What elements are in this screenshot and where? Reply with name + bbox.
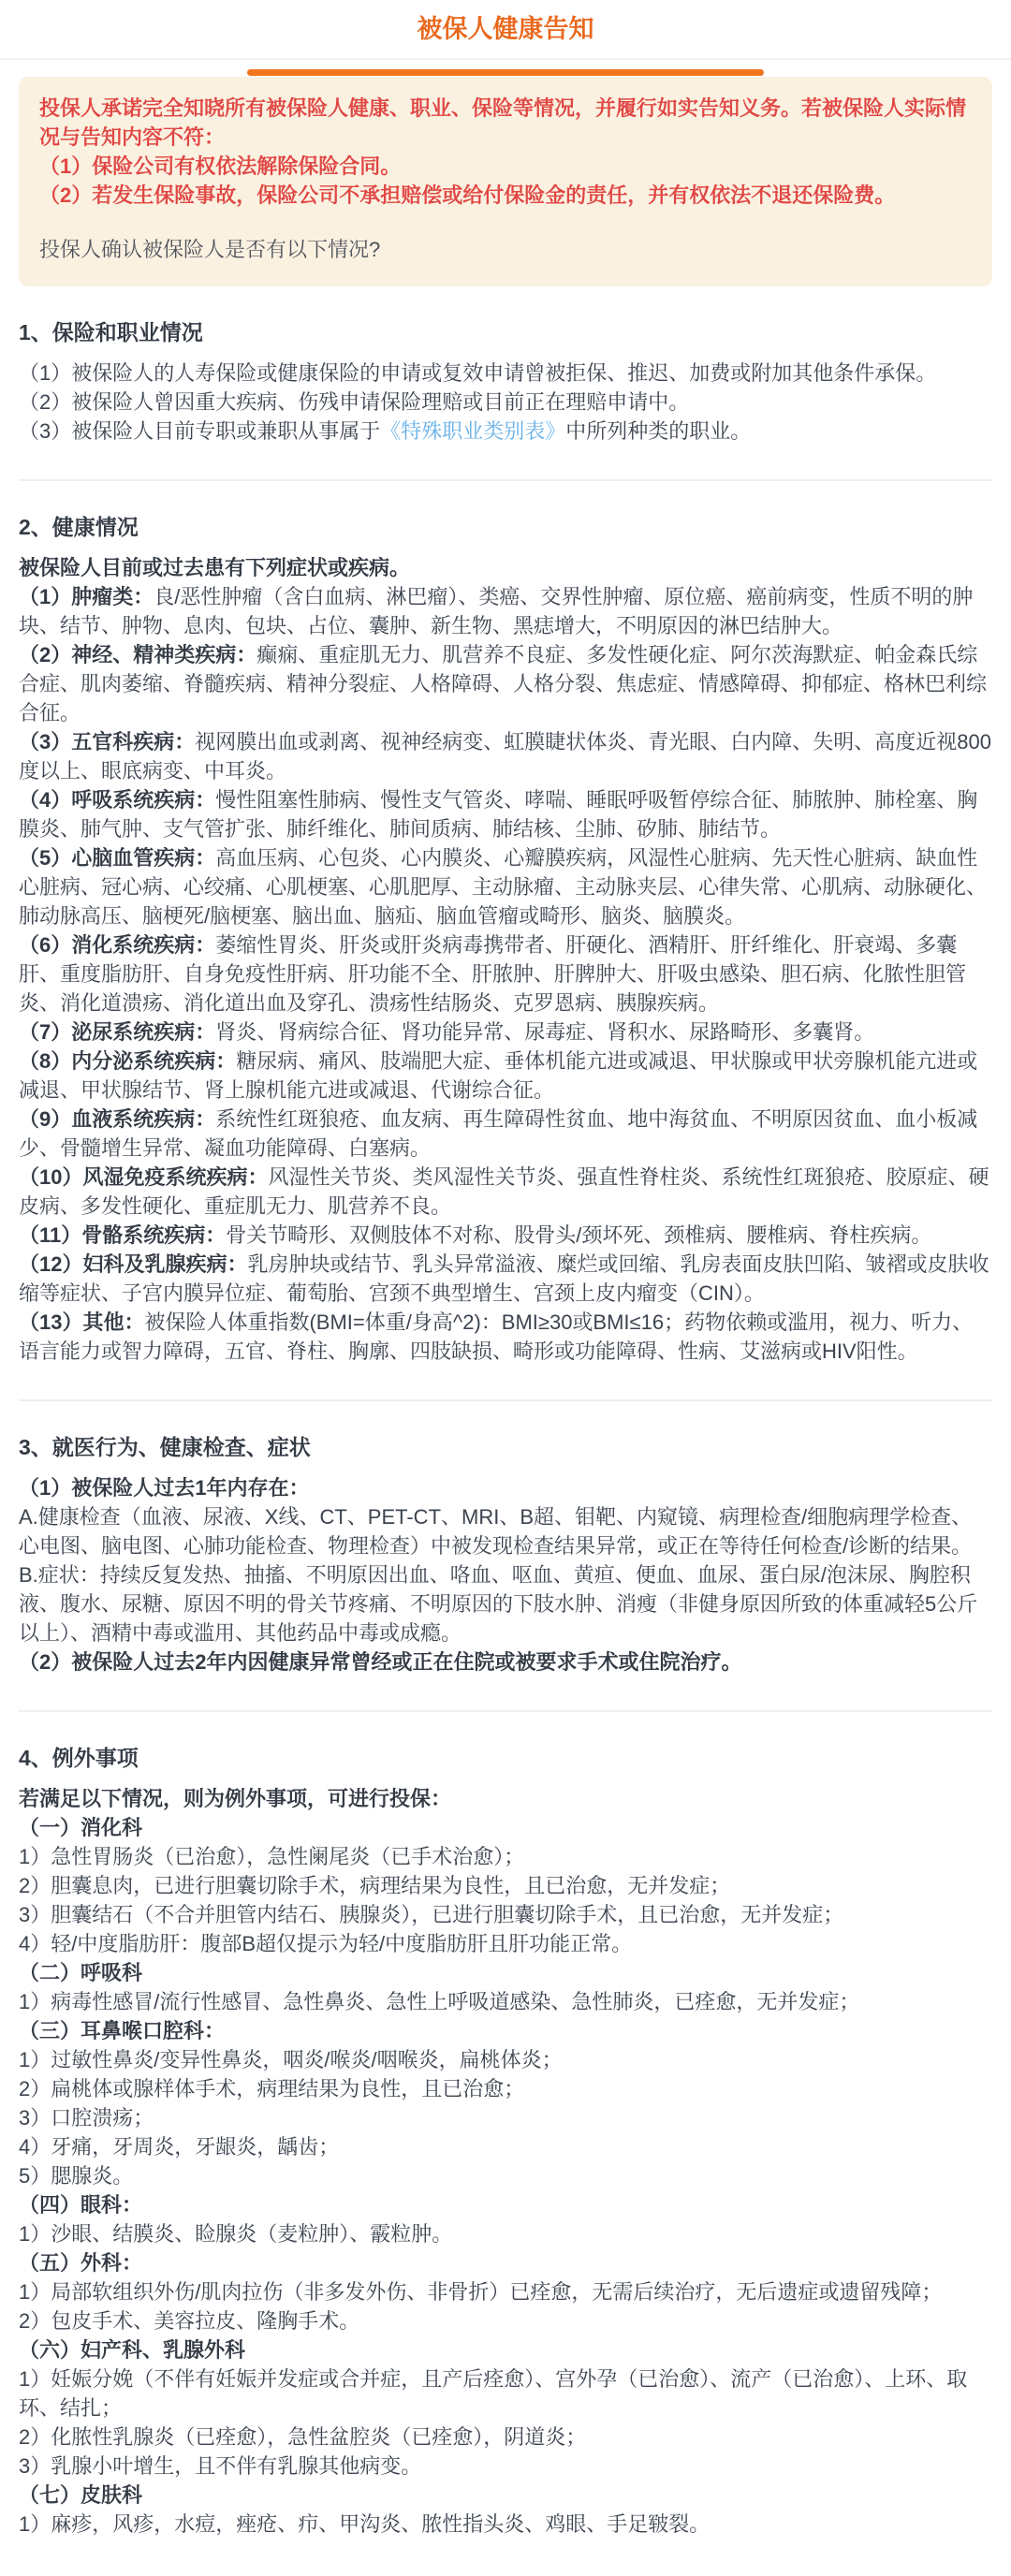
paragraph-label: （12）妇科及乳腺疾病：: [19, 1252, 247, 1276]
group-heading: （一）消化科: [19, 1813, 992, 1842]
notice-question: 投保人确认被保险人是否有以下情况?: [39, 235, 972, 264]
section-4-intro: 若满足以下情况，则为例外事项，可进行投保：: [19, 1784, 992, 1813]
paragraph-label: （3）五官科疾病：: [19, 730, 195, 754]
notice-consequence-1: （1）保险公司有权依法解除保险合同。: [39, 152, 972, 181]
paragraph: B.症状：持续反复发热、抽搐、不明原因出血、咯血、呕血、黄疸、便血、血尿、蛋白尿…: [19, 1560, 992, 1647]
list-item: 4）轻/中度脂肪肝：腹部B超仅提示为轻/中度脂肪肝且肝功能正常。: [19, 1929, 992, 1958]
paragraph: （5）心脑血管疾病：高血压病、心包炎、心内膜炎、心瓣膜疾病，风湿性心脏病、先天性…: [19, 843, 992, 930]
page-header: 被保人健康告知: [0, 0, 1011, 60]
section-3-title: 3、就医行为、健康检查、症状: [19, 1433, 992, 1462]
sections-container: 1、保险和职业情况（1）被保险人的人寿保险或健康保险的申请或复效申请曾被拒保、推…: [0, 318, 1011, 2576]
section-1-title: 1、保险和职业情况: [19, 318, 992, 347]
tab-active-indicator: [247, 69, 764, 76]
list-item: 3）乳腺小叶增生，且不伴有乳腺其他病变。: [19, 2452, 992, 2481]
section-2-title: 2、健康情况: [19, 513, 992, 542]
paragraph-label: （7）泌尿系统疾病：: [19, 1020, 215, 1044]
notice-consequence-2: （2）若发生保险事故，保险公司不承担赔偿或给付保险金的责任，并有权依法不退还保险…: [39, 181, 972, 210]
paragraph-text: 良/恶性肿瘤（含白血病、淋巴瘤）、类癌、交界性肿瘤、原位癌、癌前病变，性质不明的…: [19, 585, 973, 637]
tab-health-notice[interactable]: 被保人健康告知: [0, 13, 1011, 45]
list-item: 1）沙眼、结膜炎、睑腺炎（麦粒肿）、霰粒肿。: [19, 2219, 992, 2248]
list-item: 1）妊娠分娩（不伴有妊娠并发症或合并症，且产后痊愈）、宫外孕（已治愈）、流产（已…: [19, 2364, 992, 2422]
list-item: 3）口腔溃疡；: [19, 2103, 992, 2132]
paragraph-label: （4）呼吸系统疾病：: [19, 788, 215, 812]
list-item: 1）急性胃肠炎（已治愈），急性阑尾炎（已手术治愈）；: [19, 1842, 992, 1871]
paragraph-label: （2）神经、精神类疾病：: [19, 643, 256, 666]
paragraph: （3）五官科疾病：视网膜出血或剥离、视神经病变、虹膜睫状体炎、青光眼、白内障、失…: [19, 727, 992, 785]
paragraph-label: （10）风湿免疫系统疾病：: [19, 1165, 268, 1189]
paragraph: （13）其他：被保险人体重指数(BMI=体重/身高^2)：BMI≥30或BMI≤…: [19, 1308, 992, 1366]
paragraph: （1）被保险人的人寿保险或健康保险的申请或复效申请曾被拒保、推迟、加费或附加其他…: [19, 359, 992, 388]
paragraph-text: （3）被保险人目前专职或兼职从事属于: [19, 419, 380, 443]
paragraph-text: 肾炎、肾病综合征、肾功能异常、尿毒症、肾积水、尿路畸形、多囊肾。: [215, 1020, 874, 1044]
section-divider: [19, 1710, 992, 1712]
paragraph-text: （2）被保险人过去2年内因健康异常曾经或正在住院或被要求手术或住院治疗。: [19, 1650, 741, 1674]
list-item: 1）局部软组织外伤/肌肉拉伤（非多发外伤、非骨折）已痊愈，无需后续治疗，无后遗症…: [19, 2277, 992, 2306]
paragraph: （4）呼吸系统疾病：慢性阻塞性肺病、慢性支气管炎、哮喘、睡眠呼吸暂停综合征、肺脓…: [19, 785, 992, 843]
section-4-title: 4、例外事项: [19, 1744, 992, 1773]
list-item: 1）过敏性鼻炎/变异性鼻炎，咽炎/喉炎/咽喉炎，扁桃体炎；: [19, 2045, 992, 2074]
paragraph: （11）骨骼系统疾病：骨关节畸形、双侧肢体不对称、股骨头/颈坏死、颈椎病、腰椎病…: [19, 1221, 992, 1250]
list-item: 1）病毒性感冒/流行性感冒、急性鼻炎、急性上呼吸道感染、急性肺炎，已痊愈，无并发…: [19, 1987, 992, 2016]
group-heading: （二）呼吸科: [19, 1958, 992, 1987]
paragraph-text: （1）被保险人过去1年内存在：: [19, 1476, 309, 1500]
paragraph-text: 被保险人体重指数(BMI=体重/身高^2)：BMI≥30或BMI≤16；药物依赖…: [19, 1310, 973, 1363]
list-item: 2）包皮手术、美容拉皮、隆胸手术。: [19, 2306, 992, 2335]
paragraph-text: B.症状：持续反复发热、抽搐、不明原因出血、咯血、呕血、黄疸、便血、血尿、蛋白尿…: [19, 1563, 977, 1645]
paragraph: （1）被保险人过去1年内存在：: [19, 1473, 992, 1502]
group-heading: （六）妇产科、乳腺外科: [19, 2335, 992, 2364]
section-1: 1、保险和职业情况（1）被保险人的人寿保险或健康保险的申请或复效申请曾被拒保、推…: [19, 318, 992, 446]
section-divider: [19, 479, 992, 481]
paragraph-label: （13）其他：: [19, 1310, 144, 1334]
paragraph-text: （1）被保险人的人寿保险或健康保险的申请或复效申请曾被拒保、推迟、加费或附加其他…: [19, 361, 936, 385]
group-heading: （七）皮肤科: [19, 2481, 992, 2510]
paragraph-label: （6）消化系统疾病：: [19, 933, 215, 957]
paragraph-label: （8）内分泌系统疾病：: [19, 1049, 236, 1073]
group-heading: （三）耳鼻喉口腔科：: [19, 2016, 992, 2045]
list-item: 1）麻疹，风疹，水痘，痤疮、疖、甲沟炎、脓性指头炎、鸡眼、手足皲裂。: [19, 2510, 992, 2539]
paragraph: （1）肿瘤类：良/恶性肿瘤（含白血病、淋巴瘤）、类癌、交界性肿瘤、原位癌、癌前病…: [19, 582, 992, 640]
paragraph: （2）被保险人曾因重大疾病、伤残申请保险理赔或目前正在理赔申请中。: [19, 388, 992, 417]
paragraph: A.健康检查（血液、尿液、X线、CT、PET-CT、MRI、B超、钼靶、内窥镜、…: [19, 1502, 992, 1560]
paragraph-label: （11）骨骼系统疾病：: [19, 1223, 226, 1247]
paragraph-text: （2）被保险人曾因重大疾病、伤残申请保险理赔或目前正在理赔申请中。: [19, 390, 689, 414]
health-notice-page: 被保人健康告知 投保人承诺完全知晓所有被保险人健康、职业、保险等情况，并履行如实…: [0, 0, 1011, 2576]
paragraph-label: （9）血液系统疾病：: [19, 1107, 215, 1131]
section-4: 4、例外事项若满足以下情况，则为例外事项，可进行投保：（一）消化科1）急性胃肠炎…: [19, 1744, 992, 2539]
paragraph: （3）被保险人目前专职或兼职从事属于《特殊职业类别表》中所列种类的职业。: [19, 417, 992, 446]
page-title: 被保人健康告知: [418, 13, 594, 45]
section-divider: [19, 1399, 992, 1401]
list-item: 2）扁桃体或腺样体手术，病理结果为良性，且已治愈；: [19, 2074, 992, 2103]
paragraph: （9）血液系统疾病：系统性红斑狼疮、血友病、再生障碍性贫血、地中海贫血、不明原因…: [19, 1105, 992, 1163]
paragraph: （7）泌尿系统疾病：肾炎、肾病综合征、肾功能异常、尿毒症、肾积水、尿路畸形、多囊…: [19, 1017, 992, 1046]
section-3: 3、就医行为、健康检查、症状（1）被保险人过去1年内存在：A.健康检查（血液、尿…: [19, 1433, 992, 1676]
list-item: 2）胆囊息肉，已进行胆囊切除手术，病理结果为良性，且已治愈，无并发症；: [19, 1871, 992, 1900]
paragraph-label: （1）肿瘤类：: [19, 585, 154, 608]
notice-warning-text: 投保人承诺完全知晓所有被保险人健康、职业、保险等情况，并履行如实告知义务。若被保…: [39, 94, 972, 152]
list-item: 5）腮腺炎。: [19, 2161, 992, 2190]
paragraph-text: 骨关节畸形、双侧肢体不对称、股骨头/颈坏死、颈椎病、腰椎病、脊柱疾病。: [226, 1223, 931, 1247]
section-2-intro: 被保险人目前或过去患有下列症状或疾病。: [19, 553, 992, 582]
list-item: 3）胆囊结石（不合并胆管内结石、胰腺炎），已进行胆囊切除手术，且已治愈，无并发症…: [19, 1900, 992, 1929]
paragraph: （2）被保险人过去2年内因健康异常曾经或正在住院或被要求手术或住院治疗。: [19, 1647, 992, 1676]
group-heading: （四）眼科：: [19, 2190, 992, 2219]
section-2: 2、健康情况被保险人目前或过去患有下列症状或疾病。（1）肿瘤类：良/恶性肿瘤（含…: [19, 513, 992, 1366]
notice-box: 投保人承诺完全知晓所有被保险人健康、职业、保险等情况，并履行如实告知义务。若被保…: [19, 77, 992, 286]
list-item: 2）化脓性乳腺炎（已痊愈），急性盆腔炎（已痊愈），阴道炎；: [19, 2422, 992, 2452]
special-occupation-link[interactable]: 《特殊职业类别表》: [380, 419, 565, 443]
paragraph: （10）风湿免疫系统疾病：风湿性关节炎、类风湿性关节炎、强直性脊柱炎、系统性红斑…: [19, 1163, 992, 1221]
list-item: 4）牙痛，牙周炎，牙龈炎，龋齿；: [19, 2132, 992, 2161]
group-heading: （五）外科：: [19, 2248, 992, 2277]
paragraph: （8）内分泌系统疾病：糖尿病、痛风、肢端肥大症、垂体机能亢进或减退、甲状腺或甲状…: [19, 1046, 992, 1105]
paragraph: （6）消化系统疾病：萎缩性胃炎、肝炎或肝炎病毒携带者、肝硬化、酒精肝、肝纤维化、…: [19, 930, 992, 1017]
paragraph: （12）妇科及乳腺疾病：乳房肿块或结节、乳头异常溢液、糜烂或回缩、乳房表面皮肤凹…: [19, 1250, 992, 1308]
paragraph-text: A.健康检查（血液、尿液、X线、CT、PET-CT、MRI、B超、钼靶、内窥镜、…: [19, 1505, 972, 1558]
paragraph: （2）神经、精神类疾病：癫痫、重症肌无力、肌营养不良症、多发性硬化症、阿尔茨海默…: [19, 640, 992, 727]
paragraph-label: （5）心脑血管疾病：: [19, 846, 215, 870]
paragraph-text: 中所列种类的职业。: [565, 419, 751, 443]
